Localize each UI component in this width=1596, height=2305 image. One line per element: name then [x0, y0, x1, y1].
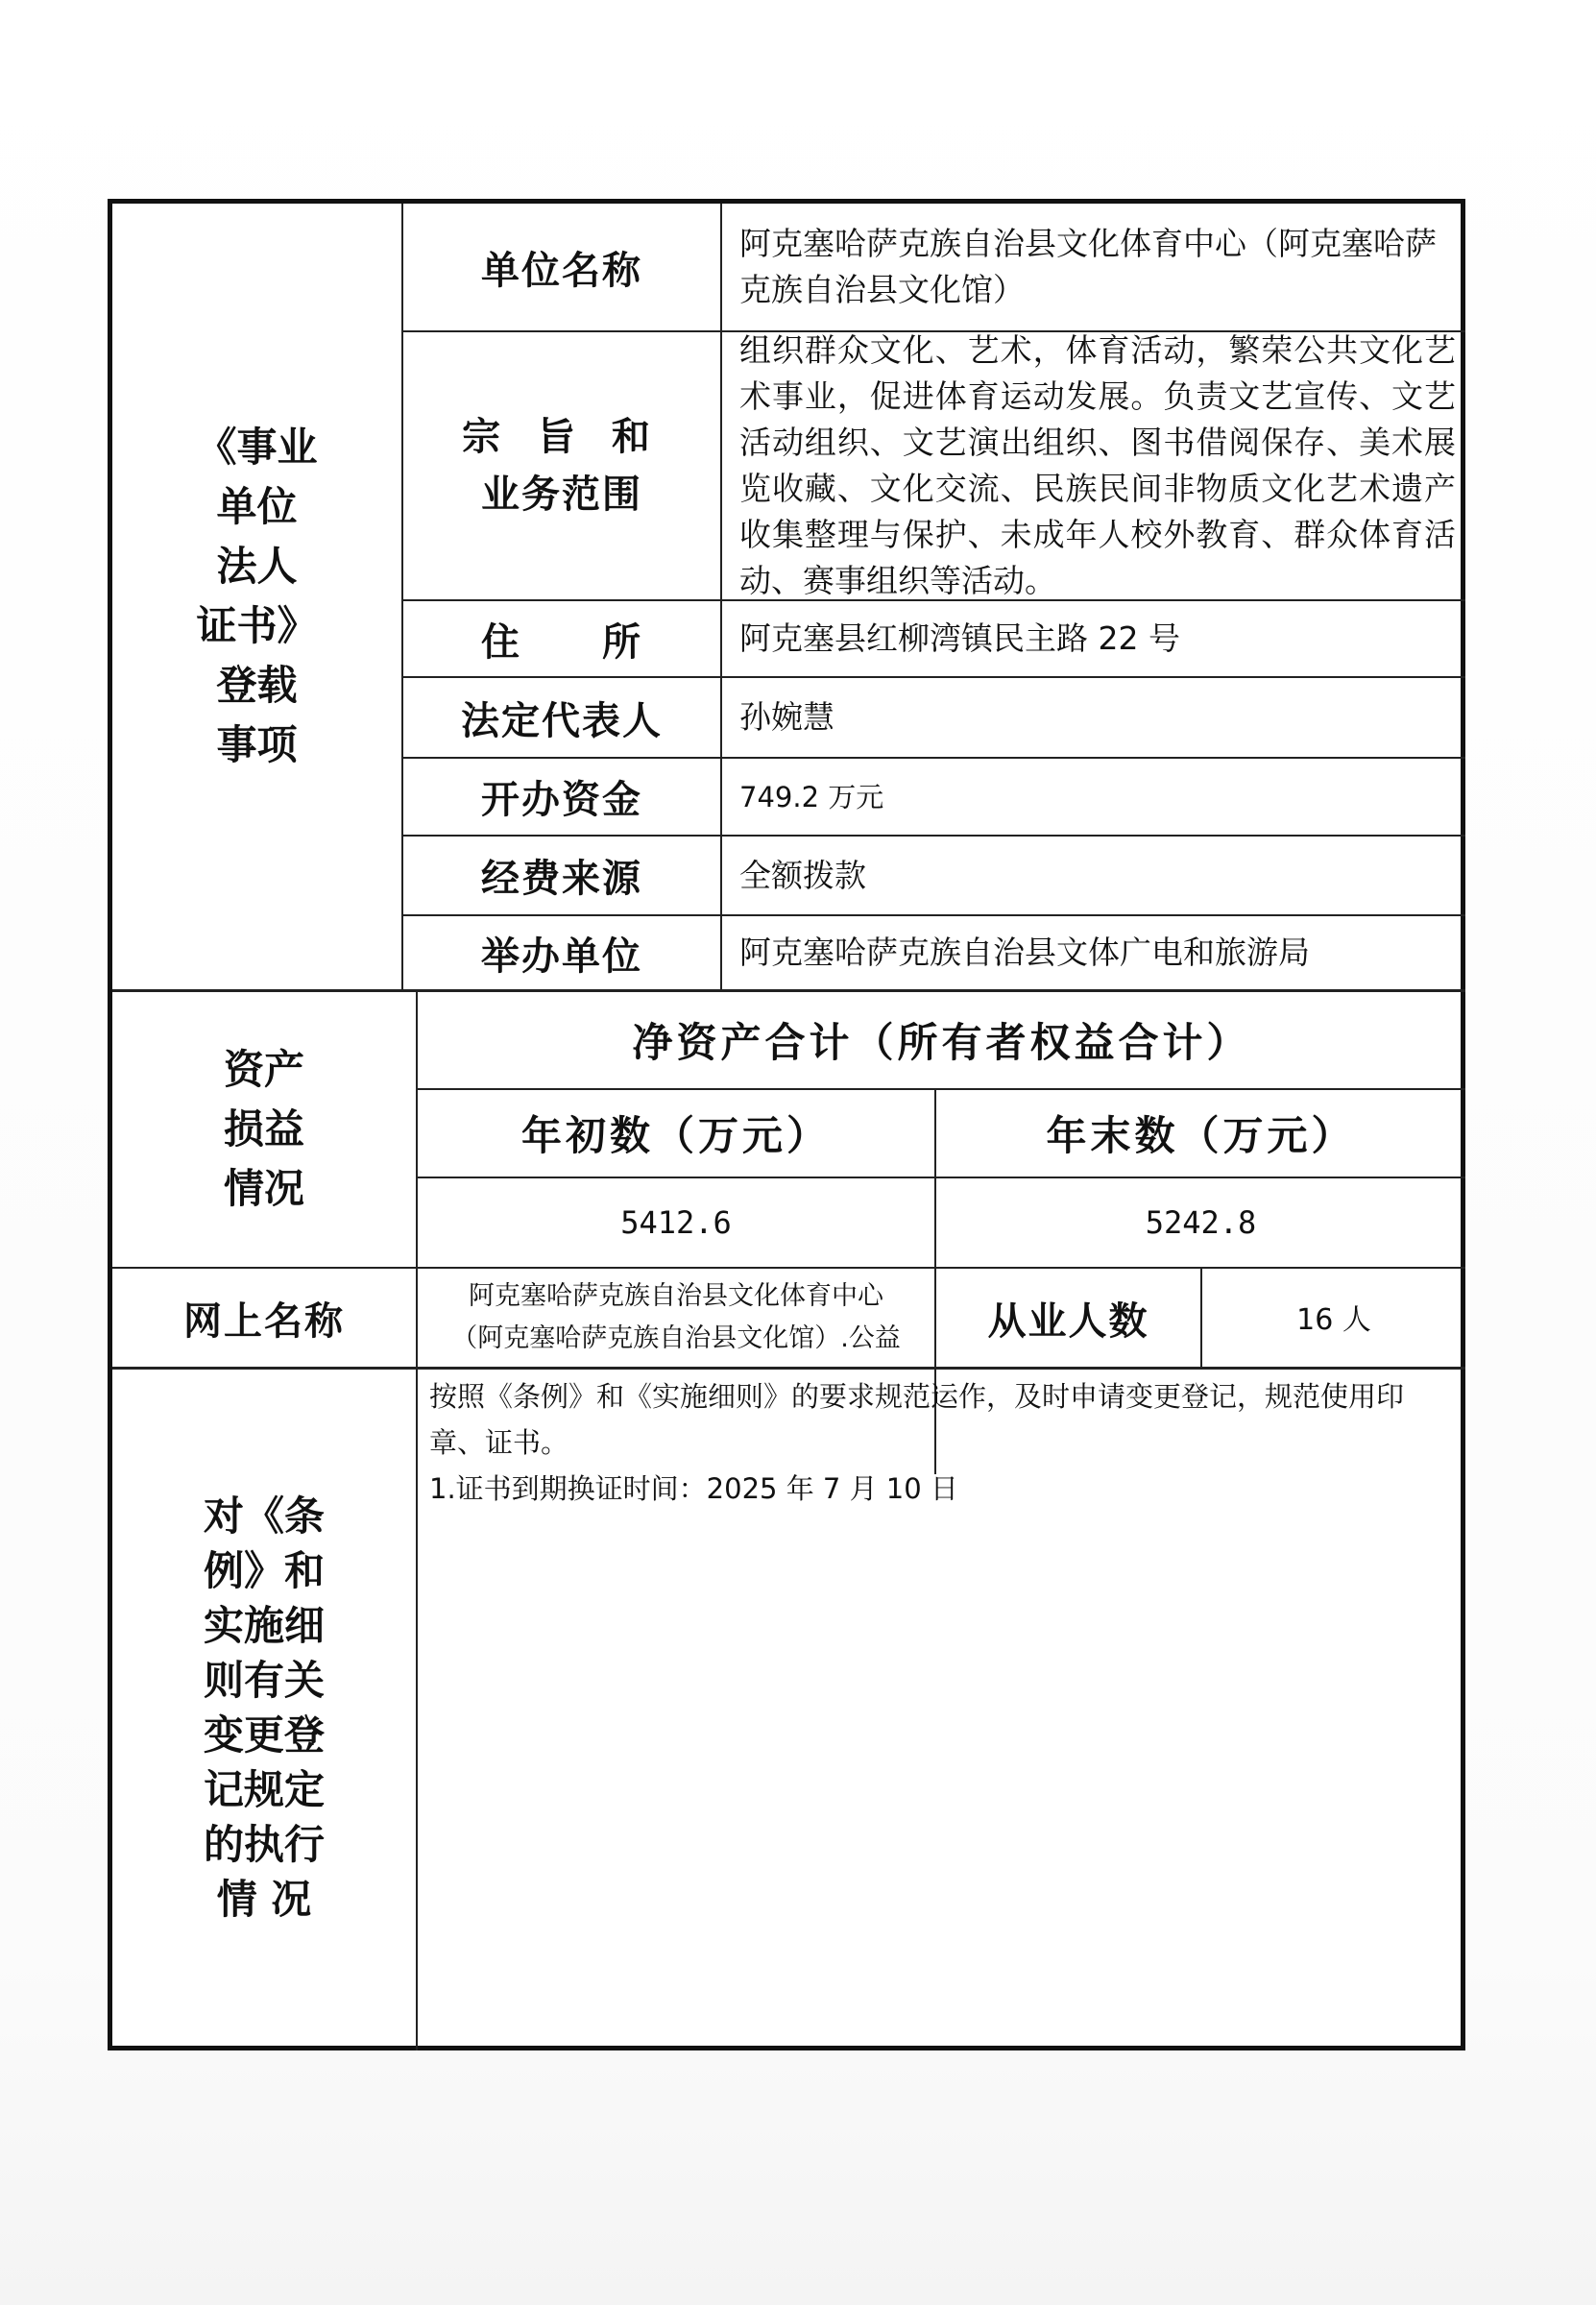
- online-name-line: 阿克塞哈萨克族自治县文化体育中心: [469, 1275, 883, 1318]
- assets-section-label: 资产 损益 情况: [112, 992, 416, 1267]
- compliance-notes: 按照《条例》和《实施细则》的要求规范运作，及时申请变更登记，规范使用印章、证书。…: [418, 1370, 1465, 2046]
- registration-form-table: 《事业 单位 法人 证书》 登载 事项 单位名称 阿克塞哈萨克族自治县文化体育中…: [108, 199, 1465, 2050]
- registration-section-label: 《事业 单位 法人 证书》 登载 事项: [112, 204, 401, 989]
- section-label-line: 单位: [216, 477, 297, 537]
- section-label-line: 证书》: [196, 596, 317, 656]
- online-name-label: 网上名称: [112, 1269, 416, 1367]
- section-label-line: 的执行: [204, 1817, 325, 1872]
- section-label-line: 资产: [224, 1040, 304, 1100]
- online-name-line: （阿克塞哈萨克族自治县文化馆）.公益: [451, 1318, 901, 1360]
- startup-funds-value: 749.2 万元: [722, 759, 1465, 835]
- section-label-line: 则有关: [204, 1653, 325, 1708]
- purpose-scope-label: 宗 旨 和 业务范围: [403, 332, 720, 599]
- unit-name-label: 单位名称: [403, 204, 720, 330]
- section-label-line: 情况: [224, 1159, 304, 1219]
- staff-count-label: 从业人数: [936, 1269, 1200, 1367]
- section-label-line: 情 况: [217, 1872, 312, 1927]
- online-name-value: 阿克塞哈萨克族自治县文化体育中心 （阿克塞哈萨克族自治县文化馆）.公益: [418, 1269, 934, 1367]
- address-label: 住 所: [403, 601, 720, 676]
- section-label-line: 损益: [224, 1100, 304, 1159]
- legal-representative-label: 法定代表人: [403, 678, 720, 757]
- compliance-section-label: 对《条 例》和 实施细 则有关 变更登 记规定 的执行 情 况: [112, 1370, 416, 2046]
- section-label-line: 变更登: [204, 1708, 325, 1762]
- purpose-scope-value: 组织群众文化、艺术，体育活动，繁荣公共文化艺术事业，促进体育运动发展。负责文艺宣…: [722, 332, 1465, 599]
- compliance-text: 按照《条例》和《实施细则》的要求规范运作，及时申请变更登记，规范使用印章、证书。: [429, 1373, 1454, 1466]
- net-assets-header: 净资产合计（所有者权益合计）: [418, 992, 1465, 1088]
- section-label-line: 实施细: [204, 1598, 325, 1653]
- year-start-header: 年初数（万元）: [418, 1090, 934, 1177]
- year-end-header: 年末数（万元）: [936, 1090, 1465, 1177]
- funding-source-value: 全额拨款: [722, 837, 1465, 914]
- compliance-item-1: 1.证书到期换证时间：2025 年 7 月 10 日: [429, 1466, 1454, 1512]
- section-label-line: 对《条: [204, 1489, 325, 1543]
- legal-representative-value: 孙婉慧: [722, 678, 1465, 757]
- section-label-line: 记规定: [204, 1762, 325, 1817]
- section-label-line: 《事业: [196, 418, 317, 477]
- section-label-line: 例》和: [204, 1543, 325, 1598]
- address-value: 阿克塞县红柳湾镇民主路 22 号: [722, 601, 1465, 676]
- section-label-line: 登载: [216, 656, 297, 716]
- purpose-label-line: 业务范围: [481, 466, 642, 523]
- section-label-line: 事项: [216, 716, 297, 775]
- year-start-value: 5412.6: [418, 1178, 934, 1267]
- staff-count-value: 16 人: [1202, 1269, 1465, 1365]
- section-label-line: 法人: [216, 537, 297, 596]
- sponsor-unit-label: 举办单位: [403, 916, 720, 989]
- purpose-label-line: 宗 旨 和: [462, 408, 662, 466]
- startup-funds-label: 开办资金: [403, 759, 720, 835]
- funding-source-label: 经费来源: [403, 837, 720, 914]
- year-end-value: 5242.8: [936, 1178, 1465, 1267]
- sponsor-unit-value: 阿克塞哈萨克族自治县文体广电和旅游局: [722, 916, 1465, 989]
- unit-name-value: 阿克塞哈萨克族自治县文化体育中心（阿克塞哈萨克族自治县文化馆）: [722, 204, 1465, 330]
